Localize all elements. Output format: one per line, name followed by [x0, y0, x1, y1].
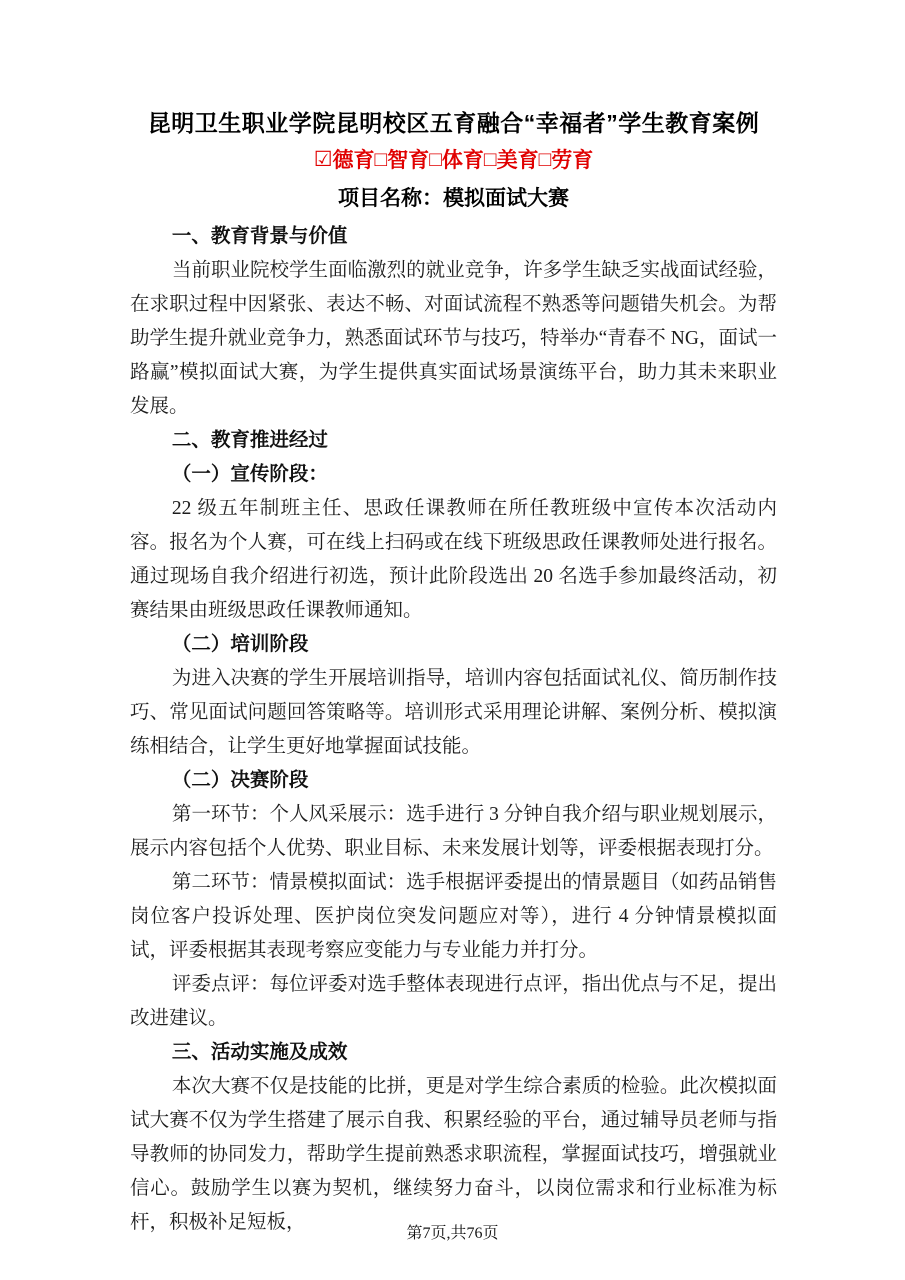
five-education-item: □劳育: [539, 149, 594, 172]
document-body: 一、教育背景与价值当前职业院校学生面临激烈的就业竞争，许多学生缺乏实战面试经验，…: [130, 220, 777, 1240]
five-education-item: □美育: [484, 149, 539, 172]
five-education-item: □体育: [429, 149, 484, 172]
body-paragraph: 第一环节：个人风采展示：选手进行 3 分钟自我介绍与职业规划展示，展示内容包括个…: [130, 798, 777, 866]
body-paragraph: 评委点评：每位评委对选手整体表现进行点评，指出优点与不足，提出改进建议。: [130, 968, 777, 1036]
five-education-label: 智育: [387, 149, 429, 172]
section-heading: 一、教育背景与价值: [130, 220, 777, 254]
section-heading: 三、活动实施及成效: [130, 1036, 777, 1070]
page-number-label: 第7页,共76页: [406, 1225, 498, 1242]
section-heading: （一）宣传阶段：: [130, 458, 777, 492]
body-paragraph: 本次大赛不仅是技能的比拼，更是对学生综合素质的检验。此次模拟面试大赛不仅为学生搭…: [130, 1070, 777, 1240]
five-education-label: 德育: [333, 149, 375, 172]
five-education-label: 劳育: [551, 149, 593, 172]
project-name-line: 项目名称：模拟面试大赛: [130, 180, 777, 218]
page-footer: 第7页,共76页: [0, 1224, 905, 1244]
checkbox-unchecked-icon: □: [484, 141, 497, 179]
body-paragraph: 当前职业院校学生面临激烈的就业竞争，许多学生缺乏实战面试经验，在求职过程中因紧张…: [130, 254, 777, 424]
section-heading: 二、教育推进经过: [130, 424, 777, 458]
five-education-label: 美育: [497, 149, 539, 172]
five-education-label: 体育: [442, 149, 484, 172]
section-heading: （二）决赛阶段: [130, 764, 777, 798]
checkbox-unchecked-icon: □: [375, 141, 388, 179]
checkbox-unchecked-icon: □: [539, 141, 552, 179]
body-paragraph: 为进入决赛的学生开展培训指导，培训内容包括面试礼仪、简历制作技巧、常见面试问题回…: [130, 662, 777, 764]
section-heading: （二）培训阶段: [130, 628, 777, 662]
body-paragraph: 22 级五年制班主任、思政任课教师在所任教班级中宣传本次活动内容。报名为个人赛，…: [130, 492, 777, 628]
document-title: 昆明卫生职业学院昆明校区五育融合“幸福者”学生教育案例: [130, 104, 777, 142]
five-education-item: ☑德育: [314, 149, 375, 172]
checkbox-unchecked-icon: □: [429, 141, 442, 179]
document-content: 昆明卫生职业学院昆明校区五育融合“幸福者”学生教育案例 ☑德育□智育□体育□美育…: [130, 104, 777, 1240]
checkbox-checked-icon: ☑: [314, 141, 333, 179]
five-education-selector: ☑德育□智育□体育□美育□劳育: [130, 142, 777, 180]
document-page: 昆明卫生职业学院昆明校区五育融合“幸福者”学生教育案例 ☑德育□智育□体育□美育…: [0, 0, 905, 1280]
body-paragraph: 第二环节：情景模拟面试：选手根据评委提出的情景题目（如药品销售岗位客户投诉处理、…: [130, 866, 777, 968]
five-education-item: □智育: [375, 149, 430, 172]
